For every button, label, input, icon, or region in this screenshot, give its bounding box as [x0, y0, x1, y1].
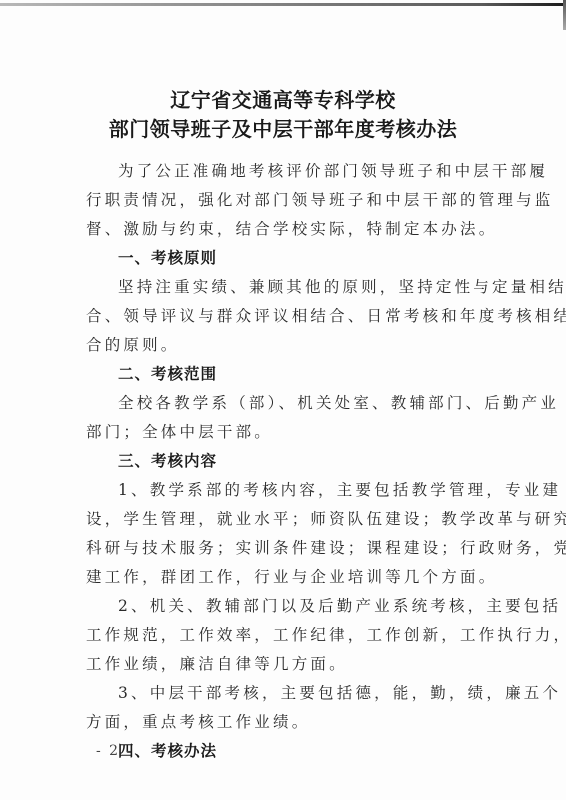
intro-paragraph: 为了公正准确地考核评价部门领导班子和中层干部履 行职责情况，强化对部门领导班子和… — [86, 157, 486, 244]
section-heading: 二、考核范围 — [86, 360, 486, 389]
document-title-line-1: 辽宁省交通高等专科学校 — [0, 84, 566, 113]
section-principles: 一、考核原则 坚持注重实绩、兼顾其他的原则，坚持定性与定量相结 合、领导评议与群… — [86, 244, 486, 360]
page-number: - 2 - — [96, 743, 133, 759]
text-line: 行职责情况，强化对部门领导班子和中层干部的管理与监 — [86, 186, 486, 215]
text-line: 坚持注重实绩、兼顾其他的原则，坚持定性与定量相结 — [86, 273, 486, 302]
text-line: 建工作，群团工作，行业与企业培训等几个方面。 — [86, 563, 486, 592]
text-line: 工作业绩，廉洁自律等几方面。 — [86, 650, 486, 679]
section-heading: 四、考核办法 — [86, 737, 486, 766]
section-content: 三、考核内容 1、教学系部的考核内容，主要包括教学管理，专业建 设，学生管理，就… — [86, 447, 486, 737]
section-heading: 三、考核内容 — [86, 447, 486, 476]
scan-top-edge — [0, 3, 566, 6]
text-line: 设，学生管理，就业水平；师资队伍建设；教学改革与研究， — [86, 505, 486, 534]
text-line: 合的原则。 — [86, 331, 486, 360]
text-line: 科研与技术服务；实训条件建设；课程建设；行政财务，党 — [86, 534, 486, 563]
text-line: 合、领导评议与群众评议相结合、日常考核和年度考核相结 — [86, 302, 486, 331]
section-methods: 四、考核办法 — [86, 737, 486, 766]
section-scope: 二、考核范围 全校各教学系（部）、机关处室、教辅部门、后勤产业 部门；全体中层干… — [86, 360, 486, 447]
text-line: 2、机关、教辅部门以及后勤产业系统考核，主要包括 — [86, 592, 486, 621]
document-title-line-2: 部门领导班子及中层干部年度考核办法 — [0, 113, 566, 142]
text-line: 部门；全体中层干部。 — [86, 418, 486, 447]
text-line: 督、激励与约束，结合学校实际，特制定本办法。 — [86, 215, 486, 244]
text-line: 1、教学系部的考核内容，主要包括教学管理，专业建 — [86, 476, 486, 505]
text-line: 方面，重点考核工作业绩。 — [86, 708, 486, 737]
document-page: 辽宁省交通高等专科学校 部门领导班子及中层干部年度考核办法 为了公正准确地考核评… — [0, 0, 566, 800]
text-line: 3、中层干部考核，主要包括德，能，勤，绩，廉五个 — [86, 679, 486, 708]
text-line: 全校各教学系（部）、机关处室、教辅部门、后勤产业 — [86, 389, 486, 418]
text-line: 为了公正准确地考核评价部门领导班子和中层干部履 — [86, 157, 486, 186]
text-line: 工作规范，工作效率，工作纪律，工作创新，工作执行力， — [86, 621, 486, 650]
section-heading: 一、考核原则 — [86, 244, 486, 273]
document-body: 为了公正准确地考核评价部门领导班子和中层干部履 行职责情况，强化对部门领导班子和… — [86, 157, 486, 766]
